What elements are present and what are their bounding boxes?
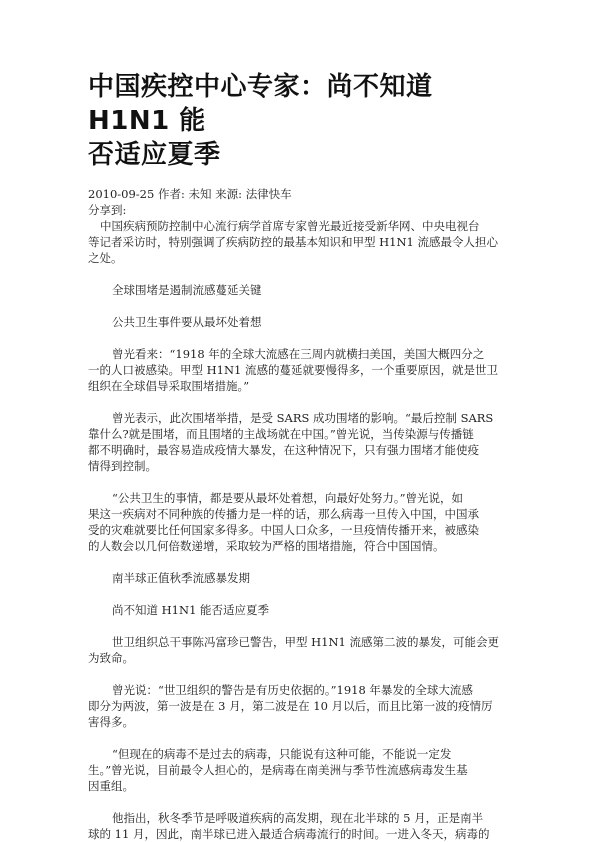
paragraph-gap bbox=[88, 394, 518, 410]
paragraph-gap bbox=[88, 554, 518, 570]
text-line: 害得多。 bbox=[88, 714, 518, 730]
title-line: 中国疾控中心专家：尚不知道 H1N1 能 bbox=[88, 70, 518, 138]
article-meta: 2010-09-25 作者: 未知 来源: 法律快车 分享到: bbox=[88, 186, 518, 218]
section-heading: 公共卫生事件要从最坏处着想 bbox=[88, 314, 518, 330]
text-line: 果这一疾病对不同种族的传播力是一样的话，那么病毒一旦传入中国，中国承 bbox=[88, 506, 518, 522]
text-line: 曾光表示，此次围堵举措，是受 SARS 成功围堵的影响。“最后控制 SARS bbox=[88, 410, 518, 426]
author-label: 作者: bbox=[158, 187, 185, 201]
text-line: 世卫组织总干事陈冯富珍已警告，甲型 H1N1 流感第二波的暴发，可能会更 bbox=[88, 634, 518, 650]
section-heading: 南半球正值秋季流感暴发期 bbox=[88, 570, 518, 586]
paragraph: 世卫组织总干事陈冯富珍已警告，甲型 H1N1 流感第二波的暴发，可能会更为致命。 bbox=[88, 634, 518, 666]
paragraph: “但现在的病毒不是过去的病毒，只能说有这种可能，不能说一定发生。”曾光说，目前最… bbox=[88, 746, 518, 794]
text-line: 中国疾病预防控制中心流行病学首席专家曾光最近接受新华网、中央电视台 bbox=[88, 218, 518, 234]
text-line: “公共卫生的事情，都是要从最坏处着想，向最好处努力。”曾光说，如 bbox=[88, 490, 518, 506]
article-source: 法律快车 bbox=[246, 187, 292, 201]
paragraph: 曾光表示，此次围堵举措，是受 SARS 成功围堵的影响。“最后控制 SARS靠什… bbox=[88, 410, 518, 474]
paragraph-gap bbox=[88, 330, 518, 346]
text-line: 全球围堵是遏制流感蔓延关键 bbox=[112, 282, 518, 298]
text-line: 即分为两波，第一波是在 3 月，第二波是在 10 月以后，而且比第一波的疫情厉 bbox=[88, 698, 518, 714]
section-heading: 尚不知道 H1N1 能否适应夏季 bbox=[88, 602, 518, 618]
paragraph: 中国疾病预防控制中心流行病学首席专家曾光最近接受新华网、中央电视台等记者采访时，… bbox=[88, 218, 518, 266]
paragraph-gap bbox=[88, 618, 518, 634]
paragraph: “公共卫生的事情，都是要从最坏处着想，向最好处努力。”曾光说，如果这一疾病对不同… bbox=[88, 490, 518, 554]
article-title: 中国疾控中心专家：尚不知道 H1N1 能 否适应夏季 bbox=[88, 70, 518, 172]
text-line: 一的人口被感染。甲型 H1N1 流感的蔓延就要慢得多，一个重要原因，就是世卫 bbox=[88, 362, 518, 378]
text-line: 为致命。 bbox=[88, 650, 518, 666]
paragraph-gap bbox=[88, 298, 518, 314]
paragraph-gap bbox=[88, 794, 518, 810]
paragraph-gap bbox=[88, 474, 518, 490]
title-line: 否适应夏季 bbox=[88, 138, 518, 172]
text-line: 曾光说：“世卫组织的警告是有历史依据的。”1918 年暴发的全球大流感 bbox=[88, 682, 518, 698]
paragraph-gap bbox=[88, 586, 518, 602]
text-line: 情得到控制。 bbox=[88, 458, 518, 474]
document-page: 中国疾控中心专家：尚不知道 H1N1 能 否适应夏季 2010-09-25 作者… bbox=[88, 70, 518, 842]
text-line: 生。”曾光说，目前最令人担心的，是病毒在南美洲与季节性流感病毒发生基 bbox=[88, 762, 518, 778]
text-line: 他指出，秋冬季节是呼吸道疾病的高发期，现在北半球的 5 月，正是南半 bbox=[88, 810, 518, 826]
text-line: “但现在的病毒不是过去的病毒，只能说有这种可能，不能说一定发 bbox=[88, 746, 518, 762]
article-date: 2010-09-25 bbox=[88, 187, 154, 201]
text-line: 组织在全球倡导采取围堵措施。” bbox=[88, 378, 518, 394]
paragraph: 他指出，秋冬季节是呼吸道疾病的高发期，现在北半球的 5 月，正是南半球的 11 … bbox=[88, 810, 518, 842]
source-label: 来源: bbox=[215, 187, 242, 201]
text-line: 靠什么?就是围堵，而且围堵的主战场就在中国。”曾光说，当传染源与传播链 bbox=[88, 426, 518, 442]
share-label: 分享到: bbox=[88, 202, 518, 218]
text-line: 之处。 bbox=[88, 250, 518, 266]
paragraph-gap bbox=[88, 266, 518, 282]
article-body: 中国疾病预防控制中心流行病学首席专家曾光最近接受新华网、中央电视台等记者采访时，… bbox=[88, 218, 518, 842]
text-line: 的人数会以几何倍数递增，采取较为严格的围堵措施，符合中国国情。 bbox=[88, 538, 518, 554]
paragraph: 曾光看来：“1918 年的全球大流感在三周内就横扫美国，美国大概四分之一的人口被… bbox=[88, 346, 518, 394]
text-line: 受的灾难就要比任何国家多得多。中国人口众多，一旦疫情传播开来，被感染 bbox=[88, 522, 518, 538]
text-line: 等记者采访时，特别强调了疾病防控的最基本知识和甲型 H1N1 流感最令人担心 bbox=[88, 234, 518, 250]
paragraph-gap bbox=[88, 730, 518, 746]
text-line: 球的 11 月，因此，南半球已进入最适合病毒流行的时间。一进入冬天，病毒的 bbox=[88, 826, 518, 842]
article-author: 未知 bbox=[189, 187, 212, 201]
text-line: 都不明确时，最容易造成疫情大暴发，在这种情况下，只有强力围堵才能使疫 bbox=[88, 442, 518, 458]
text-line: 尚不知道 H1N1 能否适应夏季 bbox=[112, 602, 518, 618]
section-heading: 全球围堵是遏制流感蔓延关键 bbox=[88, 282, 518, 298]
text-line: 南半球正值秋季流感暴发期 bbox=[112, 570, 518, 586]
text-line: 因重组。 bbox=[88, 778, 518, 794]
text-line: 曾光看来：“1918 年的全球大流感在三周内就横扫美国，美国大概四分之 bbox=[88, 346, 518, 362]
paragraph: 曾光说：“世卫组织的警告是有历史依据的。”1918 年暴发的全球大流感即分为两波… bbox=[88, 682, 518, 730]
paragraph-gap bbox=[88, 666, 518, 682]
text-line: 公共卫生事件要从最坏处着想 bbox=[112, 314, 518, 330]
meta-line: 2010-09-25 作者: 未知 来源: 法律快车 bbox=[88, 186, 518, 202]
